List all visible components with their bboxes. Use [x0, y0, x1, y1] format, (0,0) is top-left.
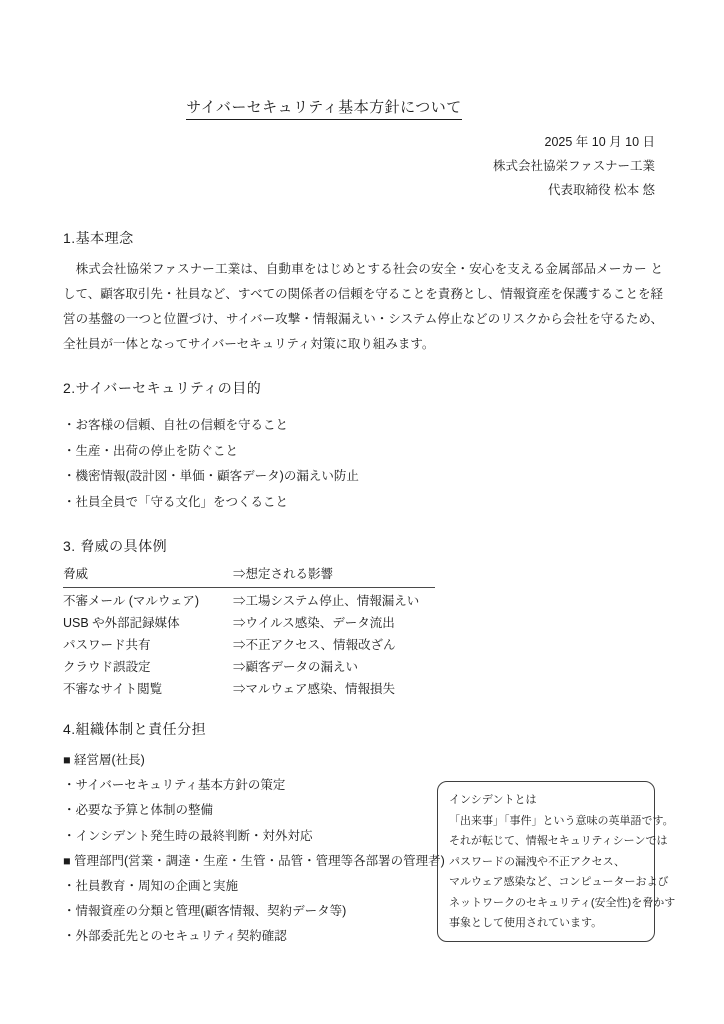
impact-cell: ⇒工場システム停止、情報漏えい [233, 590, 435, 612]
threat-cell: パスワード共有 [63, 634, 233, 656]
bullet-item: ・機密情報(設計図・単価・顧客データ)の漏えい防止 [63, 464, 359, 490]
section3-heading: 3. 脅威の具体例 [63, 536, 167, 556]
callout-line: 事象として使用されています。 [449, 913, 643, 934]
role-group-label: ■ 経営層(社長) [63, 748, 445, 773]
section2-heading: 2.サイバーセキュリティの目的 [63, 378, 261, 398]
threat-cell: クラウド誤設定 [63, 656, 233, 678]
role-item: ・インシデント発生時の最終判断・対外対応 [63, 824, 445, 849]
callout-line: それが転じて、情報セキュリティシーンでは [449, 831, 643, 852]
section1-paragraph: 株式会社協栄ファスナー工業は、自動車をはじめとする社会の安全・安心を支える金属部… [63, 257, 663, 357]
bullet-item: ・生産・出荷の停止を防ぐこと [63, 439, 359, 465]
impact-cell: ⇒ウイルス感染、データ流出 [233, 612, 435, 634]
document-meta: 2025 年 10 月 10 日 株式会社協栄ファスナー工業 代表取締役 松本 … [493, 130, 655, 202]
section4-item-list: ■ 経営層(社長) ・サイバーセキュリティ基本方針の策定 ・必要な予算と体制の整… [63, 748, 445, 950]
role-item: ・情報資産の分類と管理(顧客情報、契約データ等) [63, 899, 445, 924]
threat-cell: 不審メール (マルウェア) [63, 590, 233, 612]
role-item: ・サイバーセキュリティ基本方針の策定 [63, 773, 445, 798]
role-item: ・外部委託先とのセキュリティ契約確認 [63, 924, 445, 949]
impact-cell: ⇒不正アクセス、情報改ざん [233, 634, 435, 656]
table-row: クラウド誤設定 ⇒顧客データの漏えい [63, 656, 435, 678]
document-title-text: サイバーセキュリティ基本方針について [186, 99, 462, 120]
document-page: サイバーセキュリティ基本方針について 2025 年 10 月 10 日 株式会社… [0, 0, 724, 1024]
role-item: ・必要な予算と体制の整備 [63, 798, 445, 823]
threat-table-header: 脅威 ⇒想定される影響 [63, 564, 435, 588]
table-row: USB や外部記録媒体 ⇒ウイルス感染、データ流出 [63, 612, 435, 634]
incident-definition-callout: インシデントとは 「出来事」「事件」という意味の英単語です。 それが転じて、情報… [437, 781, 655, 942]
column-header-impact: ⇒想定される影響 [233, 564, 435, 584]
table-row: 不審なサイト閲覧 ⇒マルウェア感染、情報損失 [63, 678, 435, 700]
threat-cell: 不審なサイト閲覧 [63, 678, 233, 700]
section2-bullet-list: ・お客様の信頼、自社の信頼を守ること ・生産・出荷の停止を防ぐこと ・機密情報(… [63, 413, 359, 515]
callout-line: ネットワークのセキュリティ(安全性)を脅かす [449, 893, 643, 914]
column-header-threat: 脅威 [63, 564, 233, 584]
callout-line: 「出来事」「事件」という意味の英単語です。 [449, 811, 643, 832]
document-date: 2025 年 10 月 10 日 [493, 130, 655, 154]
bullet-item: ・お客様の信頼、自社の信頼を守ること [63, 413, 359, 439]
threat-cell: USB や外部記録媒体 [63, 612, 233, 634]
section4-heading: 4.組織体制と責任分担 [63, 719, 206, 739]
table-row: 不審メール (マルウェア) ⇒工場システム停止、情報漏えい [63, 588, 435, 612]
impact-cell: ⇒マルウェア感染、情報損失 [233, 678, 435, 700]
callout-line: パスワードの漏洩や不正アクセス、 [449, 852, 643, 873]
table-row: パスワード共有 ⇒不正アクセス、情報改ざん [63, 634, 435, 656]
signer-name: 代表取締役 松本 悠 [493, 178, 655, 202]
threat-table: 脅威 ⇒想定される影響 不審メール (マルウェア) ⇒工場システム停止、情報漏え… [63, 564, 435, 700]
role-item: ・社員教育・周知の企画と実施 [63, 874, 445, 899]
callout-line: マルウェア感染など、コンピューターおよび [449, 872, 643, 893]
callout-line: インシデントとは [449, 790, 643, 811]
company-name: 株式会社協栄ファスナー工業 [493, 154, 655, 178]
document-title: サイバーセキュリティ基本方針について [0, 96, 648, 117]
impact-cell: ⇒顧客データの漏えい [233, 656, 435, 678]
section1-heading: 1.基本理念 [63, 228, 134, 248]
bullet-item: ・社員全員で「守る文化」をつくること [63, 490, 359, 516]
role-group-label: ■ 管理部門(営業・調達・生産・生管・品管・管理等各部署の管理者) [63, 849, 445, 874]
